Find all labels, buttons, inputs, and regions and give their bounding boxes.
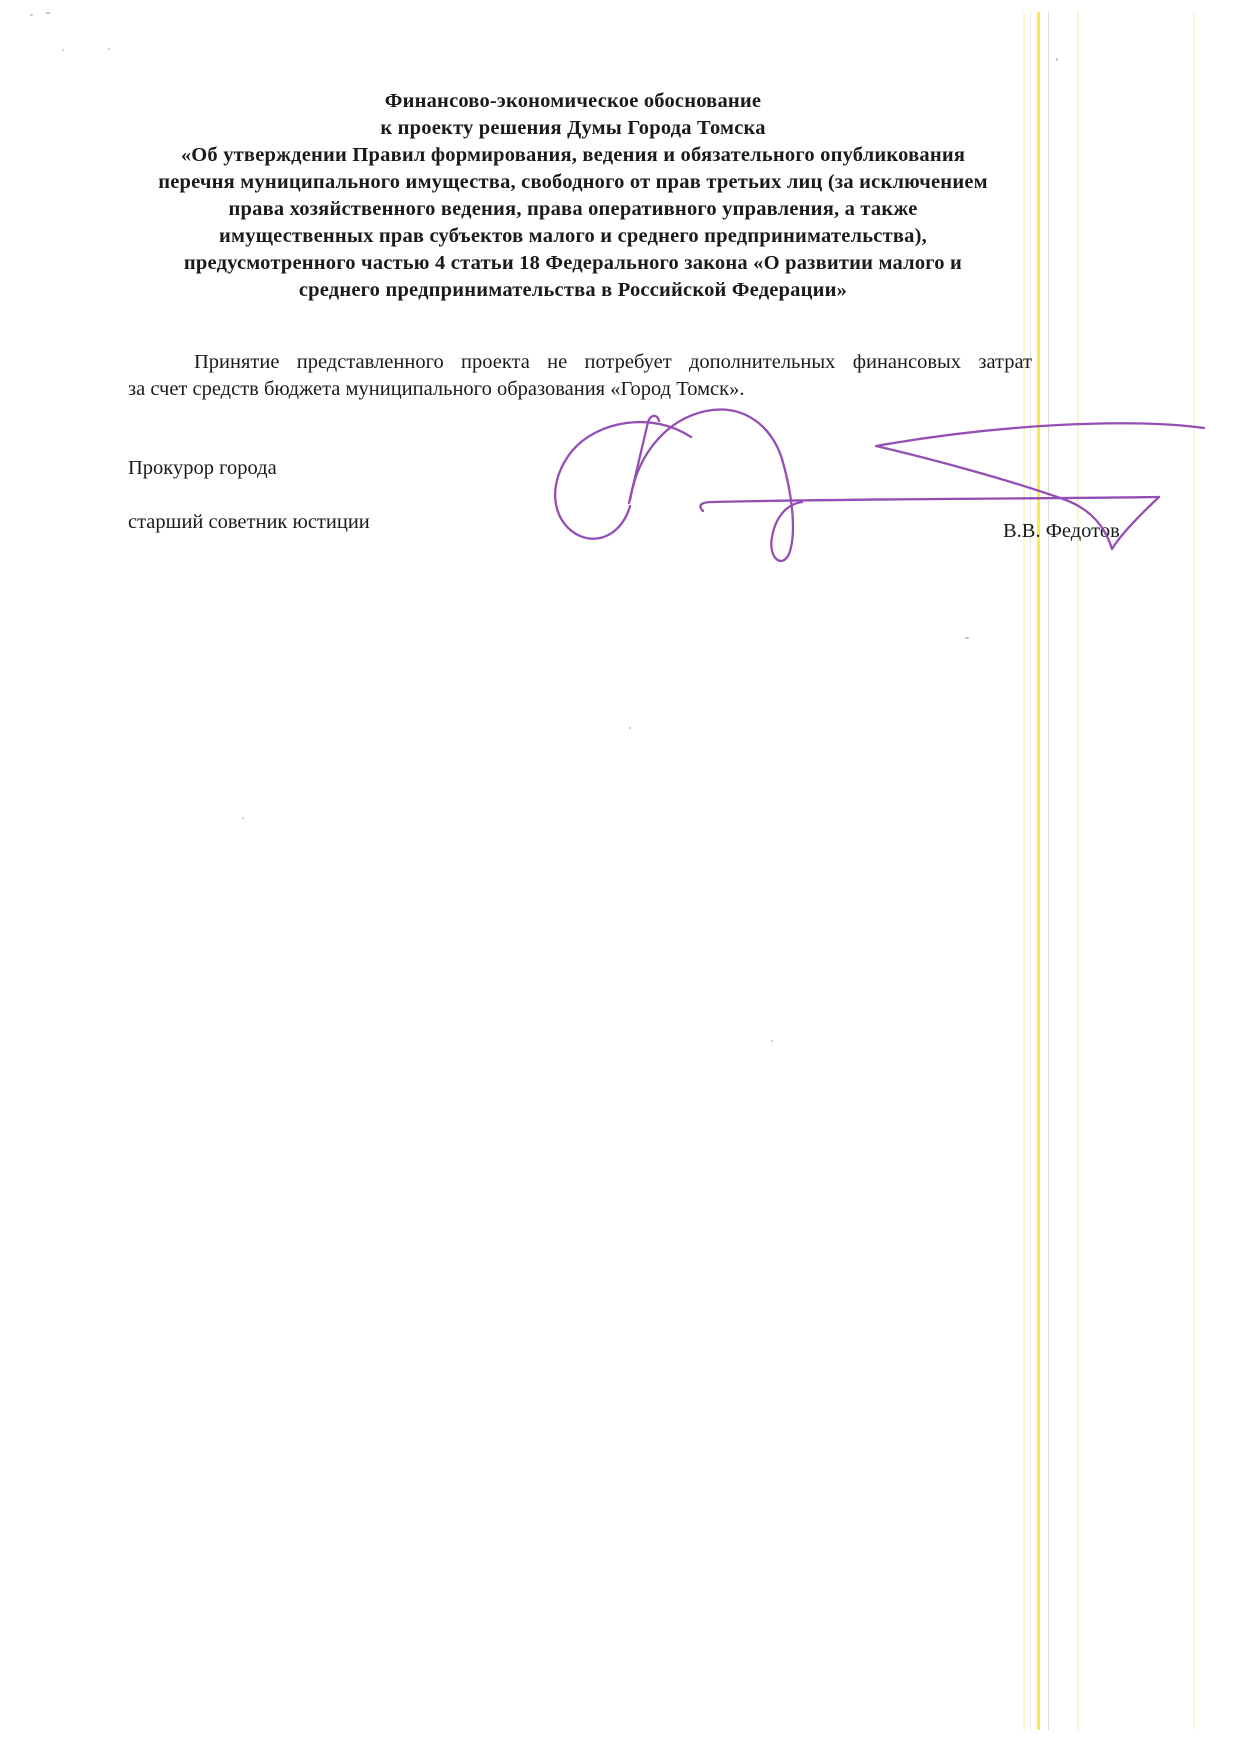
title-line: предусмотренного частью 4 статьи 18 Феде… bbox=[115, 250, 1031, 277]
scan-speck bbox=[965, 637, 969, 639]
scan-speck bbox=[629, 727, 631, 729]
signature-stroke bbox=[700, 497, 1159, 511]
body-line: за счет средств бюджета муниципального о… bbox=[128, 376, 1032, 403]
signature-stroke bbox=[630, 410, 802, 561]
title-line: среднего предпринимательства в Российско… bbox=[115, 277, 1031, 304]
body-line: Принятие представленного проекта не потр… bbox=[128, 349, 1032, 376]
scan-speck bbox=[62, 49, 64, 51]
signer-role-line-2: старший советник юстиции bbox=[128, 509, 370, 536]
scan-streak-bright-yellow bbox=[1037, 12, 1040, 1730]
title-line: Финансово-экономическое обоснование bbox=[115, 88, 1031, 115]
scan-speck bbox=[30, 14, 33, 16]
signer-role-line-1: Прокурор города bbox=[128, 455, 277, 482]
scan-speck bbox=[242, 817, 244, 819]
scan-speck bbox=[771, 1040, 773, 1042]
scanned-document-page: Финансово-экономическое обоснование к пр… bbox=[0, 0, 1240, 1753]
title-line: имущественных прав субъектов малого и ср… bbox=[115, 223, 1031, 250]
signature-stroke bbox=[629, 416, 659, 503]
body-paragraph: Принятие представленного проекта не потр… bbox=[128, 349, 1032, 403]
title-line: к проекту решения Думы Города Томска bbox=[115, 115, 1031, 142]
signature-stroke bbox=[555, 422, 691, 539]
scan-speck bbox=[108, 48, 110, 50]
document-title: Финансово-экономическое обоснование к пр… bbox=[115, 88, 1031, 304]
title-line: перечня муниципального имущества, свобод… bbox=[115, 169, 1031, 196]
scan-streak-pale-yellow bbox=[1077, 12, 1079, 1730]
title-line: «Об утверждении Правил формирования, вед… bbox=[115, 142, 1031, 169]
title-line: права хозяйственного ведения, права опер… bbox=[115, 196, 1031, 223]
scan-speck bbox=[46, 12, 50, 14]
scan-speck bbox=[1056, 58, 1058, 61]
scan-streak-gray bbox=[1048, 12, 1049, 1730]
scan-streak-pale-yellow bbox=[1193, 12, 1195, 1730]
signer-name: В.В. Федотов bbox=[1003, 518, 1120, 545]
